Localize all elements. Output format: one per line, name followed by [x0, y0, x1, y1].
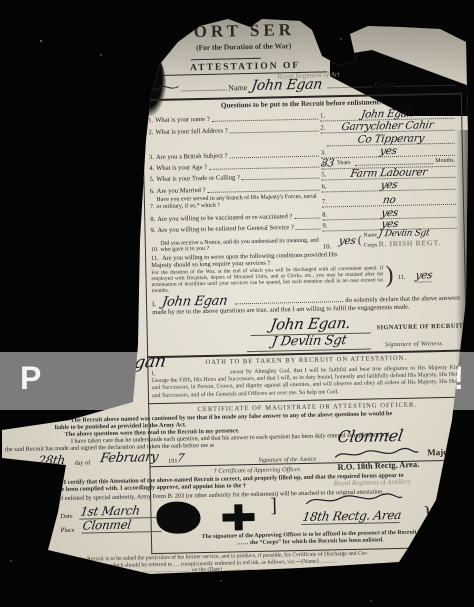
day-of-label: day of: [75, 459, 91, 466]
oath-i-label: I,: [151, 371, 155, 377]
a7-num: 7.: [322, 198, 327, 206]
q4-num: 4.: [149, 165, 154, 173]
document-content: ORT SER (For the Duration of the War) AT…: [0, 0, 474, 607]
a4-years-label: Years: [337, 160, 351, 168]
cross-stamp: [222, 504, 255, 531]
q1-num: 1.: [148, 117, 153, 125]
year-script: 7: [176, 451, 185, 464]
a6-value: yes: [380, 181, 398, 190]
on-this-label: on this: [11, 461, 28, 468]
a3-num: 3.: [321, 150, 326, 158]
a2-value: Garrycloher Cahir: [341, 121, 434, 132]
footnote-line3: enlisted in the (Regiment) ……………………………… …: [62, 566, 252, 576]
form-subtitle: (For the Duration of the War): [141, 40, 347, 53]
a10-num: 10.: [323, 243, 331, 251]
a6-num: 6.: [322, 184, 327, 192]
q3-num: 3.: [149, 154, 154, 162]
approving-officer-label: Approving Officer.: [433, 514, 474, 522]
q2-num: 2.: [148, 129, 153, 137]
name-label: Name: [228, 83, 247, 92]
place-line: Place Clonmel: [61, 517, 171, 534]
oath-place-script-text: Clonmel: [336, 426, 404, 446]
paper-corner-speck: [424, 6, 440, 16]
a8-num: 8.: [322, 212, 327, 220]
a11-value: yes: [414, 269, 433, 282]
illegible-number-scrawl: [145, 83, 179, 94]
month-script: February: [99, 450, 159, 466]
a10-corps-stamp: R. IRISH REGT.: [379, 238, 441, 248]
question-11-conditions: For the duration of the War, at the end …: [151, 265, 383, 294]
a9-value: yes: [380, 220, 398, 229]
a4-value: 33: [320, 159, 334, 168]
a1-num: 1.: [320, 113, 325, 121]
major-stamp: Major,: [427, 447, 453, 458]
oath-place-script: Clonmel: [338, 426, 403, 447]
a8-value: yes: [380, 209, 398, 218]
witness-signature-script: J Devlin Sgt: [270, 333, 347, 350]
q4-text: What is your Age ?: [156, 164, 207, 173]
a5-num: 5.: [321, 172, 326, 180]
a1-value: John Egan: [360, 110, 413, 120]
officer-area-script-text: 18th Rectg. Area: [301, 508, 402, 525]
a2-num: 2.: [320, 125, 325, 133]
a11-num: 11.: [397, 274, 405, 281]
a3-value: yes: [379, 147, 397, 156]
q2-text: What is your full Address ?: [155, 128, 227, 137]
q10-num: 10.: [151, 247, 159, 254]
witness-signature: J Devlin Sgt: [247, 331, 371, 353]
a10-value: yes: [338, 236, 356, 245]
declaration-name-script: John Egan: [161, 297, 228, 308]
recruit-name-handwritten: John Egan: [250, 79, 322, 92]
a7-value: no: [382, 196, 396, 205]
a5-value: Farm Labourer: [349, 168, 427, 179]
q1-text: What is your name ?: [155, 116, 210, 125]
ink-blot: [156, 501, 201, 534]
a9-num: 9.: [322, 223, 327, 231]
q6-num: 6.: [150, 188, 155, 196]
watermark-left-text: P: [20, 360, 41, 397]
a10-corps-label: Corps R. IRISH REGT.: [364, 239, 441, 250]
q11-num: 11.: [151, 255, 159, 262]
officer-area-script: 18th Rectg. Area: [302, 506, 401, 526]
a10-name-value: J Devlin Sgt: [378, 230, 430, 239]
q5-num: 5.: [149, 176, 154, 184]
conditions-brace: ): [385, 262, 394, 289]
q9-num: 9.: [150, 227, 155, 235]
torn-attestation-paper: ORT SER (For the Duration of the War) AT…: [0, 0, 474, 607]
declaration-i-label: I,: [152, 301, 156, 308]
witness-signature-label: Signature of Witness.: [385, 341, 444, 348]
appoint-corps-faint: Royal Regiment of Artillery: [334, 478, 411, 488]
q6-text: Are you Married ?: [157, 187, 206, 196]
a11-row: 11. yes: [397, 269, 432, 283]
scanned-attestation-photo: P s! ORT SER (For the Duration of the Wa…: [0, 0, 474, 607]
place-script: Clonmel: [81, 517, 163, 534]
q3-text: Are you a British Subject ?: [156, 153, 228, 162]
q7-num: 7.: [150, 204, 155, 211]
footnote: * If so, the Recruit is to be asked the …: [61, 549, 465, 577]
place-label: Place: [61, 527, 75, 534]
form-title-fragment: ORT SER: [144, 19, 344, 43]
approving-brace: }: [422, 501, 433, 527]
a2-value2: Co Tipperary: [357, 134, 425, 144]
attestation-overline: [191, 58, 261, 60]
day-script: 28th: [37, 453, 66, 468]
bracket-mark: ]: [270, 495, 277, 518]
film-specks: [40, 40, 42, 42]
corps-label: Corps: [374, 80, 393, 89]
oath-text: swear by Almighty God, that I will be fa…: [152, 365, 462, 399]
q8-num: 8.: [150, 216, 155, 224]
a4-months-label: Months.: [435, 158, 455, 166]
